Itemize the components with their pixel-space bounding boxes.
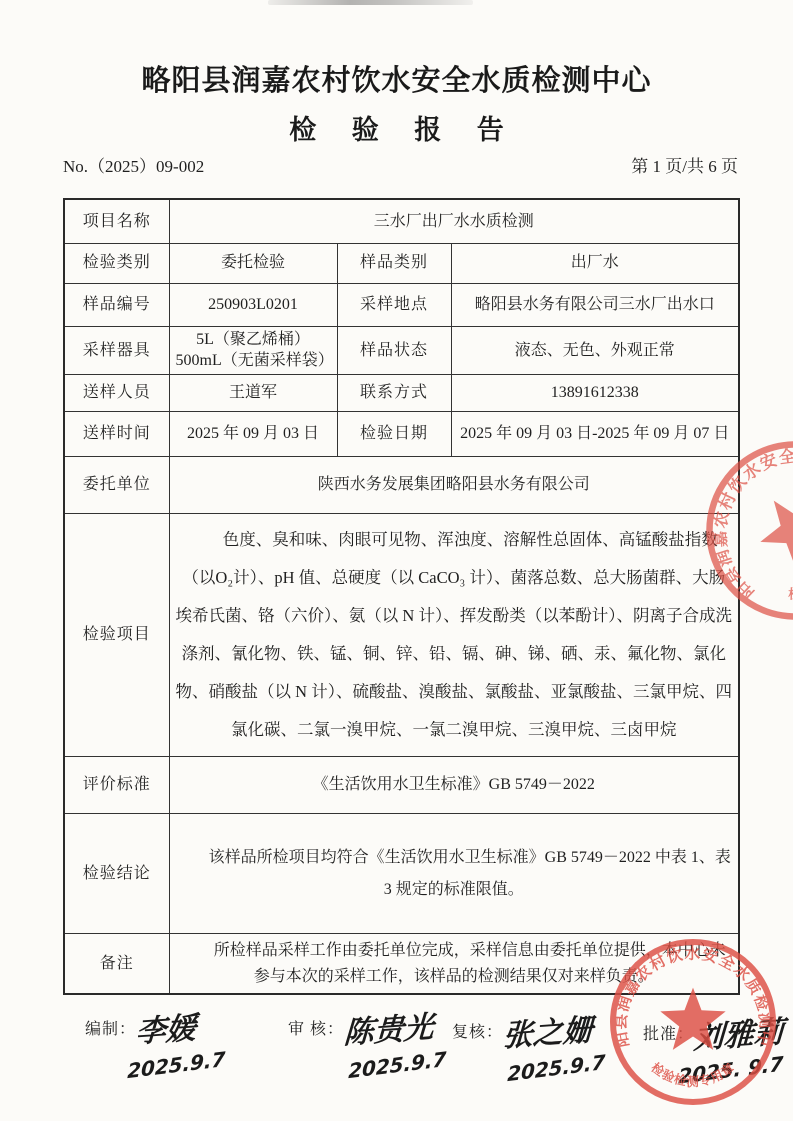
star-icon xyxy=(745,480,793,576)
star-icon xyxy=(660,988,725,1050)
label-deliverer: 送样人员 xyxy=(64,374,169,411)
label-sample-state: 样品状态 xyxy=(337,326,451,374)
vessel-line-2: 500mL（无菌采样袋） xyxy=(176,350,331,372)
stamp-bottom-text: 检验检测专用章 xyxy=(648,1060,737,1089)
label-contact: 联系方式 xyxy=(337,374,451,411)
label-sample-no: 样品编号 xyxy=(64,283,169,326)
rechecked-signature: 张之姗 xyxy=(502,1005,594,1056)
label-test-date: 检验日期 xyxy=(337,411,451,456)
scan-artifact xyxy=(268,0,473,5)
table-row: 送样时间 2025 年 09 月 03 日 检验日期 2025 年 09 月 0… xyxy=(64,411,739,456)
label-client: 委托单位 xyxy=(64,456,169,513)
value-contact: 13891612338 xyxy=(451,374,739,411)
page-indicator: 第 1 页/共 6 页 xyxy=(631,152,738,177)
report-title: 检 验 报 告 xyxy=(0,108,793,147)
prepared-date: 2025.9.7 xyxy=(127,1047,226,1083)
rechecked-date: 2025.9.7 xyxy=(507,1050,606,1086)
table-row: 送样人员 王道军 联系方式 13891612338 xyxy=(64,374,739,411)
signoff-rechecked: 复核：张之姗 2025.9.7 xyxy=(452,1008,606,1080)
label-delivery-time: 送样时间 xyxy=(64,411,169,456)
value-sample-state: 液态、无色、外观正常 xyxy=(451,326,739,374)
value-client: 陕西水务发展集团略阳县水务有限公司 xyxy=(169,456,739,513)
value-delivery-time: 2025 年 09 月 03 日 xyxy=(169,411,337,456)
rechecked-label: 复核： xyxy=(452,1024,503,1041)
value-deliverer: 王道军 xyxy=(169,374,337,411)
value-sampling-vessel: 5L（聚乙烯桶） 500mL（无菌采样袋） xyxy=(169,326,337,374)
value-project-name: 三水厂出厂水水质检测 xyxy=(169,199,739,243)
signoff-reviewed: 审 核：陈贵光 2025.9.7 xyxy=(288,1005,447,1077)
signoff-prepared: 编制：李媛 2025.9.7 xyxy=(85,1005,226,1077)
table-row: 样品编号 250903L0201 采样地点 略阳县水务有限公司三水厂出水口 xyxy=(64,283,739,326)
reviewed-date: 2025.9.7 xyxy=(348,1047,447,1083)
value-sample-type: 出厂水 xyxy=(451,243,739,283)
label-remark: 备注 xyxy=(64,933,169,994)
reviewed-label: 审 核： xyxy=(288,1021,344,1038)
value-conclusion: 该样品所检项目均符合《生活饮用水卫生标准》GB 5749－2022 中表 1、表… xyxy=(169,813,739,933)
report-meta-row: No.（2025）09-002 第 1 页/共 6 页 xyxy=(63,152,738,176)
value-sampling-site: 略阳县水务有限公司三水厂出水口 xyxy=(451,283,739,326)
label-test-type: 检验类别 xyxy=(64,243,169,283)
prepared-signature: 李媛 xyxy=(135,1003,197,1051)
table-row: 检验结论 该样品所检项目均符合《生活饮用水卫生标准》GB 5749－2022 中… xyxy=(64,813,739,933)
label-project-name: 项目名称 xyxy=(64,199,169,243)
report-page: 略阳县润嘉农村饮水安全水质检测中心 检 验 报 告 No.（2025）09-00… xyxy=(0,0,793,1121)
table-row: 项目名称 三水厂出厂水水质检测 xyxy=(64,199,739,243)
official-stamp: 略阳县润嘉农村饮水安全水质检测中心 检验检测专用章 xyxy=(607,936,779,1108)
label-test-items: 检验项目 xyxy=(64,513,169,756)
info-table: 项目名称 三水厂出厂水水质检测 检验类别 委托检验 样品类别 出厂水 样品编号 … xyxy=(63,198,740,995)
label-conclusion: 检验结论 xyxy=(64,813,169,933)
label-sampling-vessel: 采样器具 xyxy=(64,326,169,374)
value-test-type: 委托检验 xyxy=(169,243,337,283)
label-standard: 评价标准 xyxy=(64,756,169,813)
label-sample-type: 样品类别 xyxy=(337,243,451,283)
value-test-date: 2025 年 09 月 03 日-2025 年 09 月 07 日 xyxy=(451,411,739,456)
report-number: No.（2025）09-002 xyxy=(63,152,204,177)
label-sampling-site: 采样地点 xyxy=(337,283,451,326)
table-row: 检验项目 色度、臭和味、肉眼可见物、浑浊度、溶解性总固体、高锰酸盐指数（以O₂计… xyxy=(64,513,739,756)
org-title: 略阳县润嘉农村饮水安全水质检测中心 xyxy=(0,58,793,99)
vessel-line-1: 5L（聚乙烯桶） xyxy=(176,329,331,351)
value-sample-no: 250903L0201 xyxy=(169,283,337,326)
table-row: 评价标准 《生活饮用水卫生标准》GB 5749－2022 xyxy=(64,756,739,813)
prepared-label: 编制： xyxy=(85,1021,136,1038)
svg-text:检验检测专用章: 检验检测专用章 xyxy=(648,1060,737,1089)
table-row: 检验类别 委托检验 样品类别 出厂水 xyxy=(64,243,739,283)
reviewed-signature: 陈贵光 xyxy=(343,1002,435,1053)
value-test-items: 色度、臭和味、肉眼可见物、浑浊度、溶解性总固体、高锰酸盐指数（以O₂计）、pH … xyxy=(169,513,739,756)
table-row: 采样器具 5L（聚乙烯桶） 500mL（无菌采样袋） 样品状态 液态、无色、外观… xyxy=(64,326,739,374)
table-row: 委托单位 陕西水务发展集团略阳县水务有限公司 xyxy=(64,456,739,513)
value-standard: 《生活饮用水卫生标准》GB 5749－2022 xyxy=(169,756,739,813)
